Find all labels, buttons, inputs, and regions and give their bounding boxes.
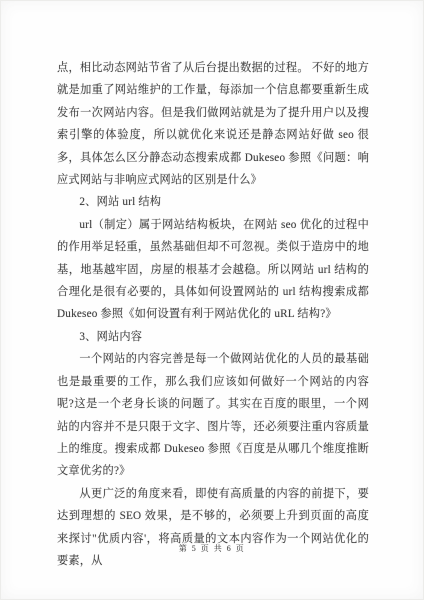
paragraph: 点，相比动态网站节省了从后台提出数据的过程。 不好的地方就是加重了网站维护的工作…	[57, 57, 369, 191]
paragraph: 一个网站的内容完善是每一个做网站优化的人员的最基础也是最重要的工作，那么我们应该…	[57, 348, 369, 482]
section-heading: 3、网站内容	[57, 326, 369, 348]
document-page: 点，相比动态网站节省了从后台提出数据的过程。 不好的地方就是加重了网站维护的工作…	[0, 0, 424, 600]
paragraph: url（制定）属于网站结构板块，在网站 seo 优化的过程中的作用举足轻重，虽然…	[57, 214, 369, 326]
paragraph: 从更广泛的角度来看，即使有高质量的内容的前提下，要达到理想的 SEO 效果，是不…	[57, 483, 369, 573]
section-heading: 2、网站 url 结构	[57, 191, 369, 213]
text-body: 点，相比动态网站节省了从后台提出数据的过程。 不好的地方就是加重了网站维护的工作…	[57, 57, 369, 572]
page-number-footer: 第 5 页 共 6 页	[0, 543, 424, 554]
